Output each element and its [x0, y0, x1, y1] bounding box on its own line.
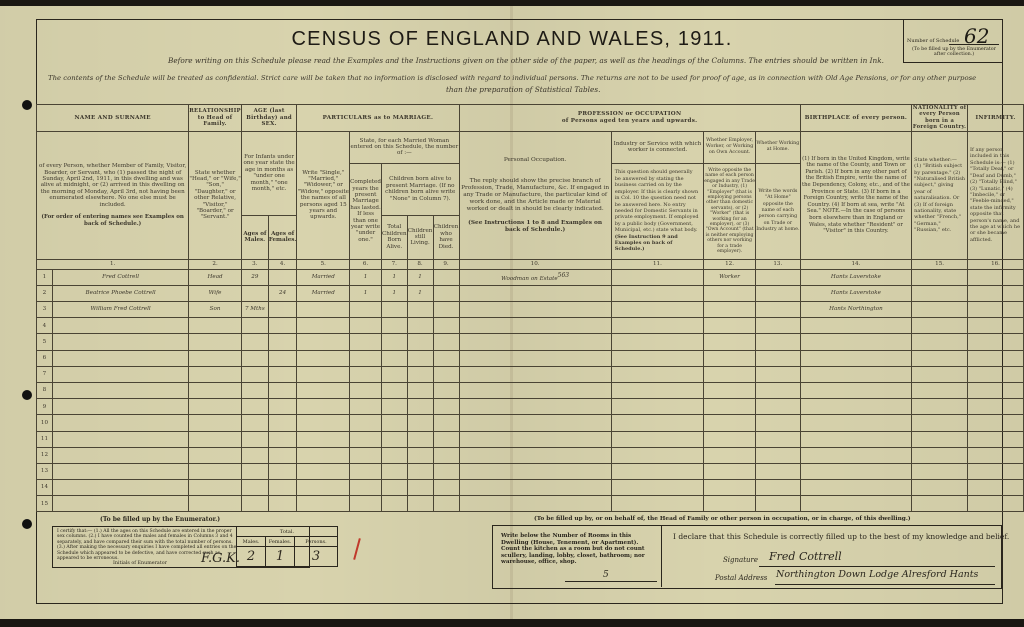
personal-occupation-label: Personal Occupation. — [460, 157, 611, 164]
industry-body: This question should generally be answer… — [615, 169, 699, 233]
cell-years — [350, 480, 382, 496]
table-row: 4 — [37, 318, 1024, 334]
name-instructions: of every Person, whether Member of Famil… — [37, 131, 189, 259]
occupation-code: 563 — [558, 272, 569, 279]
cell-marital — [297, 415, 350, 431]
table-row: 12 — [37, 447, 1024, 463]
header-nationality: NATIONALITY of every Person born in a Fo… — [912, 105, 968, 132]
col-num: 2. — [189, 259, 242, 269]
employer-label: Whether Employer, Worker, or Working on … — [704, 131, 756, 163]
cell-occupation — [459, 350, 611, 366]
cell-years — [350, 318, 382, 334]
cell-age_m — [241, 447, 268, 463]
cell-industry — [611, 302, 704, 318]
cell-age_f — [268, 350, 297, 366]
cell-birthplace: Hants Laverstoke — [800, 269, 911, 285]
cell-marital — [297, 302, 350, 318]
col-num: 9. — [433, 259, 459, 269]
cell-marital: Married — [297, 285, 350, 301]
table-row: 6 — [37, 350, 1024, 366]
rooms-section: Write below the Number of Rooms in this … — [493, 526, 662, 587]
cell-name — [52, 334, 188, 350]
cell-industry — [611, 269, 704, 285]
cell-age_m: 7 Mths — [241, 302, 268, 318]
cell-rel — [189, 415, 242, 431]
cell-rel: Son — [189, 302, 242, 318]
home-instructions: Write the words "At Home" opposite the n… — [755, 163, 800, 259]
industry-label: Industry or Service with which worker is… — [611, 131, 704, 163]
cell-rel — [189, 447, 242, 463]
cell-name: Beatrice Phoebe Cottrell — [52, 285, 188, 301]
cell-total — [381, 334, 407, 350]
cell-employer — [704, 415, 756, 431]
cell-age_m — [241, 480, 268, 496]
row-number: 11 — [37, 431, 53, 447]
cell-died — [433, 480, 459, 496]
cell-rel — [189, 334, 242, 350]
cell-total — [381, 415, 407, 431]
table-row: 9 — [37, 399, 1024, 415]
cell-occupation — [459, 463, 611, 479]
children-instructions: Children born alive to present Marriage.… — [381, 163, 459, 215]
cell-name — [52, 318, 188, 334]
cell-died — [433, 350, 459, 366]
cell-infirmity — [968, 480, 1024, 496]
occupation-text: Woodman on Estate — [501, 275, 558, 281]
cell-rel — [189, 366, 242, 382]
cell-name: William Fred Cottrell — [52, 302, 188, 318]
cell-living — [407, 318, 433, 334]
total-children-label: Total Children Born Alive. — [381, 215, 407, 259]
birthplace-instructions: (1) If born in the United Kingdom, write… — [800, 131, 911, 259]
cell-living — [407, 334, 433, 350]
cell-nationality — [912, 496, 968, 512]
cell-years — [350, 350, 382, 366]
cell-nationality — [912, 334, 968, 350]
cell-birthplace — [800, 415, 911, 431]
row-number: 7 — [37, 366, 53, 382]
cell-occupation — [459, 334, 611, 350]
cell-rel — [189, 496, 242, 512]
cell-marital — [297, 318, 350, 334]
initials-label: Initials of Enumerator — [113, 561, 167, 566]
cell-industry — [611, 318, 704, 334]
personal-occupation-body: The reply should show the precise branch… — [461, 178, 609, 212]
cell-age_f — [268, 302, 297, 318]
name-note: (For order of entering names see Example… — [41, 214, 184, 226]
cell-total — [381, 350, 407, 366]
relationship-instructions: State whether "Head," or "Wife," "Son," … — [189, 131, 242, 259]
cell-birthplace — [800, 447, 911, 463]
cell-living — [407, 431, 433, 447]
col-num: 12. — [704, 259, 756, 269]
row-number: 10 — [37, 415, 53, 431]
column-numbers-row: 1. 2. 3. 4. 5. 6. 7. 8. 9. 10. 11. 12. 1… — [37, 259, 1024, 269]
header-name: NAME AND SURNAME — [37, 105, 189, 132]
enumerator-initials: F.G.K. — [201, 551, 240, 566]
cell-age_f — [268, 366, 297, 382]
cell-died — [433, 382, 459, 398]
cell-age_f — [268, 269, 297, 285]
cell-total — [381, 496, 407, 512]
cell-died — [433, 334, 459, 350]
schedule-note: (To be filled up by the Enumerator after… — [906, 47, 1002, 57]
cell-total — [381, 431, 407, 447]
cell-home — [755, 382, 800, 398]
cell-age_m — [241, 382, 268, 398]
employer-instructions: Write opposite the name of each person e… — [704, 163, 756, 259]
cell-occupation — [459, 415, 611, 431]
cell-name — [52, 463, 188, 479]
cell-occupation — [459, 447, 611, 463]
cell-age_m — [241, 318, 268, 334]
cell-infirmity — [968, 302, 1024, 318]
cell-age_f: 24 — [268, 285, 297, 301]
cell-name — [52, 350, 188, 366]
header-infirmity: INFIRMITY. — [968, 105, 1024, 132]
cell-employer — [704, 447, 756, 463]
cell-total — [381, 382, 407, 398]
cell-rel — [189, 463, 242, 479]
col-num: 4. — [268, 259, 297, 269]
binding-hole — [22, 519, 32, 529]
cell-age_m — [241, 431, 268, 447]
cell-employer — [704, 285, 756, 301]
cell-age_m — [241, 399, 268, 415]
declaration-box: Write below the Number of Rooms in this … — [492, 525, 1002, 589]
table-row: 1Fred CottrellHead29Married111Woodman on… — [37, 269, 1024, 285]
cell-living: 1 — [407, 269, 433, 285]
cell-home — [755, 318, 800, 334]
col-num: 16. — [968, 259, 1024, 269]
cell-name — [52, 447, 188, 463]
postal-address-label: Postal Address — [715, 574, 767, 582]
cell-age_m — [241, 285, 268, 301]
cell-nationality — [912, 399, 968, 415]
nationality-instructions: State whether:— (1) "British subject by … — [912, 131, 968, 259]
cell-died — [433, 447, 459, 463]
cell-nationality — [912, 415, 968, 431]
confidential-line-2: than the preparation of Statistical Tabl… — [446, 85, 600, 94]
cell-age_f — [268, 415, 297, 431]
binding-hole — [22, 390, 32, 400]
cell-employer — [704, 318, 756, 334]
underline — [775, 584, 995, 585]
cell-living — [407, 302, 433, 318]
underline — [565, 581, 657, 582]
cell-nationality — [912, 318, 968, 334]
table-row: 5 — [37, 334, 1024, 350]
cell-age_f — [268, 496, 297, 512]
cell-living — [407, 366, 433, 382]
table-row: 7 — [37, 366, 1024, 382]
cell-died — [433, 285, 459, 301]
postal-address: Northington Down Lodge Alresford Hants — [776, 569, 978, 580]
cell-died — [433, 415, 459, 431]
cell-nationality — [912, 285, 968, 301]
cell-marital — [297, 334, 350, 350]
cell-total — [381, 366, 407, 382]
row-number: 8 — [37, 382, 53, 398]
cell-home — [755, 496, 800, 512]
cell-age_m — [241, 334, 268, 350]
cell-home — [755, 269, 800, 285]
col-num: 8. — [407, 259, 433, 269]
cell-rel — [189, 399, 242, 415]
col-num: 5. — [297, 259, 350, 269]
name-body: of every Person, whether Member of Famil… — [39, 163, 186, 207]
table-row: 2Beatrice Phoebe CottrellWife24Married11… — [37, 285, 1024, 301]
cell-birthplace — [800, 318, 911, 334]
cell-infirmity — [968, 431, 1024, 447]
cell-age_f — [268, 318, 297, 334]
cell-age_f — [268, 382, 297, 398]
cell-employer — [704, 431, 756, 447]
col-num: 10. — [459, 259, 611, 269]
cell-infirmity — [968, 399, 1024, 415]
cell-occupation: Woodman on Estate563 — [459, 269, 611, 285]
cell-rel — [189, 480, 242, 496]
declaration-text: I declare that this Schedule is correctl… — [673, 532, 1009, 541]
signature-label: Signature — [723, 556, 758, 564]
cell-nationality — [912, 269, 968, 285]
confidential-line: The contents of the Schedule will be tre… — [48, 74, 976, 82]
row-number: 12 — [37, 447, 53, 463]
schedule-number-box: Number of Schedule 62 (To be filled up b… — [903, 19, 1003, 63]
binding-hole — [22, 100, 32, 110]
cell-home — [755, 366, 800, 382]
cell-years — [350, 496, 382, 512]
persons-label: Persons. — [295, 537, 338, 547]
cell-industry — [611, 431, 704, 447]
cell-employer — [704, 463, 756, 479]
cell-home — [755, 431, 800, 447]
cell-infirmity — [968, 350, 1024, 366]
col-num: 13. — [755, 259, 800, 269]
cell-name — [52, 399, 188, 415]
children-died-label: Children who have Died. — [433, 215, 459, 259]
cell-years — [350, 366, 382, 382]
cell-living — [407, 480, 433, 496]
cell-living — [407, 399, 433, 415]
cell-living — [407, 463, 433, 479]
cell-industry — [611, 496, 704, 512]
cell-home — [755, 302, 800, 318]
cell-age_m — [241, 463, 268, 479]
cell-age_m — [241, 350, 268, 366]
cell-age_f — [268, 463, 297, 479]
cell-employer — [704, 366, 756, 382]
cell-total — [381, 463, 407, 479]
table-row: 3William Fred CottrellSon7 MthsHants Nor… — [37, 302, 1024, 318]
cell-infirmity — [968, 463, 1024, 479]
cell-marital — [297, 496, 350, 512]
total-label: Total. — [237, 527, 338, 537]
totals-table: Total. Males. Females. Persons. 2 1 3 — [236, 526, 338, 567]
cell-nationality — [912, 350, 968, 366]
cell-living — [407, 415, 433, 431]
cell-employer: Worker — [704, 269, 756, 285]
underline — [759, 566, 995, 567]
cell-name — [52, 382, 188, 398]
cell-living — [407, 447, 433, 463]
cell-birthplace — [800, 463, 911, 479]
females-total: 1 — [266, 547, 295, 567]
cell-employer — [704, 399, 756, 415]
home-label: Whether Working at Home. — [755, 131, 800, 163]
header-birthplace: BIRTHPLACE of every person. — [800, 105, 911, 132]
cell-nationality — [912, 302, 968, 318]
cell-died — [433, 431, 459, 447]
cell-home — [755, 334, 800, 350]
row-number: 5 — [37, 334, 53, 350]
personal-occupation-cell: Personal Occupation.The reply should sho… — [459, 131, 611, 259]
cell-marital — [297, 382, 350, 398]
cell-years — [350, 399, 382, 415]
cell-infirmity — [968, 318, 1024, 334]
cell-years — [350, 431, 382, 447]
occupation-subtitle: of Persons aged ten years and upwards. — [562, 118, 698, 124]
cell-years — [350, 382, 382, 398]
cell-died — [433, 496, 459, 512]
cell-age_f — [268, 334, 297, 350]
cell-nationality — [912, 447, 968, 463]
cell-occupation — [459, 285, 611, 301]
row-number: 9 — [37, 399, 53, 415]
cell-died — [433, 318, 459, 334]
cell-industry — [611, 415, 704, 431]
cell-living — [407, 496, 433, 512]
col-num: 14. — [800, 259, 911, 269]
col-num: 15. — [912, 259, 968, 269]
cell-birthplace: Hants Northington — [800, 302, 911, 318]
cell-infirmity — [968, 496, 1024, 512]
cell-died — [433, 399, 459, 415]
cell-marital — [297, 431, 350, 447]
cell-home — [755, 350, 800, 366]
cell-industry — [611, 399, 704, 415]
rooms-count: 5 — [603, 570, 609, 580]
cell-occupation — [459, 399, 611, 415]
cell-birthplace — [800, 431, 911, 447]
cell-name — [52, 366, 188, 382]
col-num: 7. — [381, 259, 407, 269]
cell-died — [433, 269, 459, 285]
row-number: 4 — [37, 318, 53, 334]
cell-birthplace: Hants Laverstoke — [800, 285, 911, 301]
underline — [949, 44, 999, 45]
table-row: 15 — [37, 496, 1024, 512]
cell-industry — [611, 366, 704, 382]
cell-employer — [704, 302, 756, 318]
cell-marital: Married — [297, 269, 350, 285]
cell-name — [52, 480, 188, 496]
instructions-line: Before writing on this Schedule please r… — [168, 56, 884, 65]
cell-rel — [189, 382, 242, 398]
cell-occupation — [459, 496, 611, 512]
cell-years — [350, 334, 382, 350]
cell-occupation — [459, 366, 611, 382]
cell-rel — [189, 350, 242, 366]
cell-name — [52, 431, 188, 447]
cell-total — [381, 399, 407, 415]
header-relationship: RELATIONSHIP to Head of Family. — [189, 105, 242, 132]
table-row: 14 — [37, 480, 1024, 496]
cell-employer — [704, 496, 756, 512]
census-table: NAME AND SURNAME RELATIONSHIP to Head of… — [36, 104, 1024, 512]
cell-years — [350, 463, 382, 479]
cell-birthplace — [800, 496, 911, 512]
cell-home — [755, 399, 800, 415]
cell-years — [350, 447, 382, 463]
cell-birthplace — [800, 382, 911, 398]
row-number: 13 — [37, 463, 53, 479]
cell-rel: Head — [189, 269, 242, 285]
cell-birthplace — [800, 366, 911, 382]
cell-infirmity — [968, 269, 1024, 285]
cell-employer — [704, 382, 756, 398]
cell-marital — [297, 480, 350, 496]
cell-industry — [611, 447, 704, 463]
cell-infirmity — [968, 366, 1024, 382]
cell-occupation — [459, 480, 611, 496]
cell-industry — [611, 382, 704, 398]
cell-years — [350, 415, 382, 431]
page-title: CENSUS OF ENGLAND AND WALES, 1911. — [0, 28, 1024, 51]
cell-total — [381, 447, 407, 463]
cell-died — [433, 302, 459, 318]
cell-industry — [611, 285, 704, 301]
industry-note: (See Instruction 9 and Examples on back … — [615, 234, 678, 253]
cell-died — [433, 463, 459, 479]
row-number: 14 — [37, 480, 53, 496]
table-row: 8 — [37, 382, 1024, 398]
row-number: 15 — [37, 496, 53, 512]
cell-employer — [704, 350, 756, 366]
header-marriage: PARTICULARS as to MARRIAGE. — [297, 105, 459, 132]
cell-birthplace — [800, 399, 911, 415]
col-num: 1. — [37, 259, 189, 269]
cell-name — [52, 415, 188, 431]
header-occupation: PROFESSION or OCCUPATIONof Persons aged … — [459, 105, 800, 132]
cell-infirmity — [968, 334, 1024, 350]
enumerator-section-title: (To be filled up by the Enumerator.) — [100, 516, 220, 523]
cell-nationality — [912, 382, 968, 398]
row-number: 2 — [37, 285, 53, 301]
cell-home — [755, 480, 800, 496]
cell-occupation — [459, 302, 611, 318]
cell-employer — [704, 334, 756, 350]
signature: Fred Cottrell — [769, 550, 842, 563]
table-row: 13 — [37, 463, 1024, 479]
cell-marital — [297, 350, 350, 366]
cell-infirmity — [968, 382, 1024, 398]
cell-nationality — [912, 366, 968, 382]
cell-years: 1 — [350, 269, 382, 285]
marriage-years-instructions: Completed years the present Marriage has… — [350, 163, 382, 259]
cell-marital — [297, 463, 350, 479]
cell-nationality — [912, 480, 968, 496]
ages-males-label: Ages of Males. — [241, 215, 268, 259]
children-living-label: Children still Living. — [407, 215, 433, 259]
married-woman-instructions: State, for each Married Woman entered on… — [350, 131, 459, 163]
cell-home — [755, 285, 800, 301]
cell-rel — [189, 431, 242, 447]
cell-industry — [611, 334, 704, 350]
cell-occupation — [459, 431, 611, 447]
cell-birthplace — [800, 350, 911, 366]
cell-age_f — [268, 431, 297, 447]
